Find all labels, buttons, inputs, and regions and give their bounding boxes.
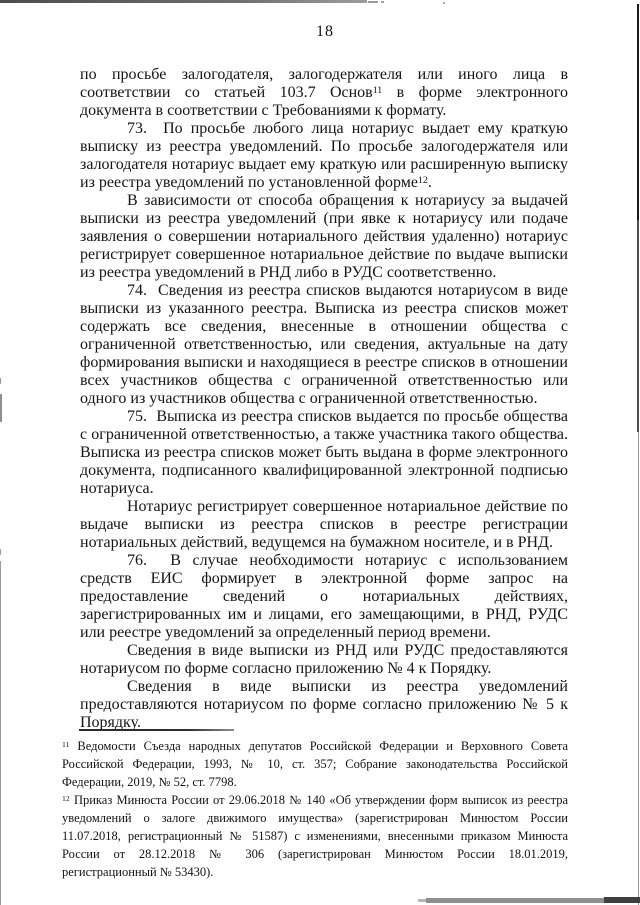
scan-artifact-bottom-bar	[418, 899, 426, 902]
document-body: по просьбе залогодателя, залогодержателя…	[80, 66, 568, 732]
scan-artifact-bottom-bar	[426, 898, 604, 903]
paragraph: Сведения в виде выписки из РНД или РУДС …	[80, 642, 568, 678]
paragraph: Нотариус регистрирует совершенное нотари…	[80, 498, 568, 552]
footnote: 12 Приказ Минюста России от 29.06.2018 №…	[62, 791, 568, 881]
scan-artifact-left-edge-line	[0, 561, 1, 905]
footnote-marker: 12	[62, 794, 70, 803]
paragraph: 76. В случае необходимости нотариус с ис…	[80, 552, 568, 642]
page-number: 18	[0, 23, 640, 41]
footnote-reference: 12	[418, 175, 428, 186]
scan-artifact-right-edge-line	[637, 220, 639, 432]
paragraph: 75. Выписка из реестра списков выдается …	[80, 408, 568, 498]
scan-artifact-top-dot	[381, 1, 384, 3]
scan-artifact-left-edge-line	[0, 378, 1, 384]
scan-artifact-left-edge-line	[0, 549, 1, 555]
paragraph: Сведения в виде выписки из реестра уведо…	[80, 678, 568, 732]
paragraph: по просьбе залогодателя, залогодержателя…	[80, 66, 568, 120]
document-page: 18 по просьбе залогодателя, залогодержат…	[0, 0, 640, 905]
scan-artifact-right-edge-line	[638, 432, 639, 905]
paragraph: 73. По просьбе любого лица нотариус выда…	[80, 120, 568, 192]
paragraph: 74. Сведения из реестра списков выдаются…	[80, 282, 568, 408]
paragraph: В зависимости от способа обращения к нот…	[80, 192, 568, 282]
footnote: 11 Ведомости Съезда народных депутатов Р…	[62, 737, 568, 791]
scan-artifact-top-segment	[368, 1, 378, 3]
footnote-marker: 11	[62, 740, 69, 749]
footnote-reference: 11	[373, 85, 383, 96]
scan-artifact-bottom-bar	[604, 897, 640, 903]
footnote-separator	[79, 729, 234, 731]
footnotes-block: 11 Ведомости Съезда народных депутатов Р…	[62, 737, 568, 881]
scan-artifact-left-edge-line	[0, 394, 2, 422]
scan-artifact-top-bar	[0, 0, 367, 3]
scan-artifact-top-dot	[443, 2, 445, 4]
